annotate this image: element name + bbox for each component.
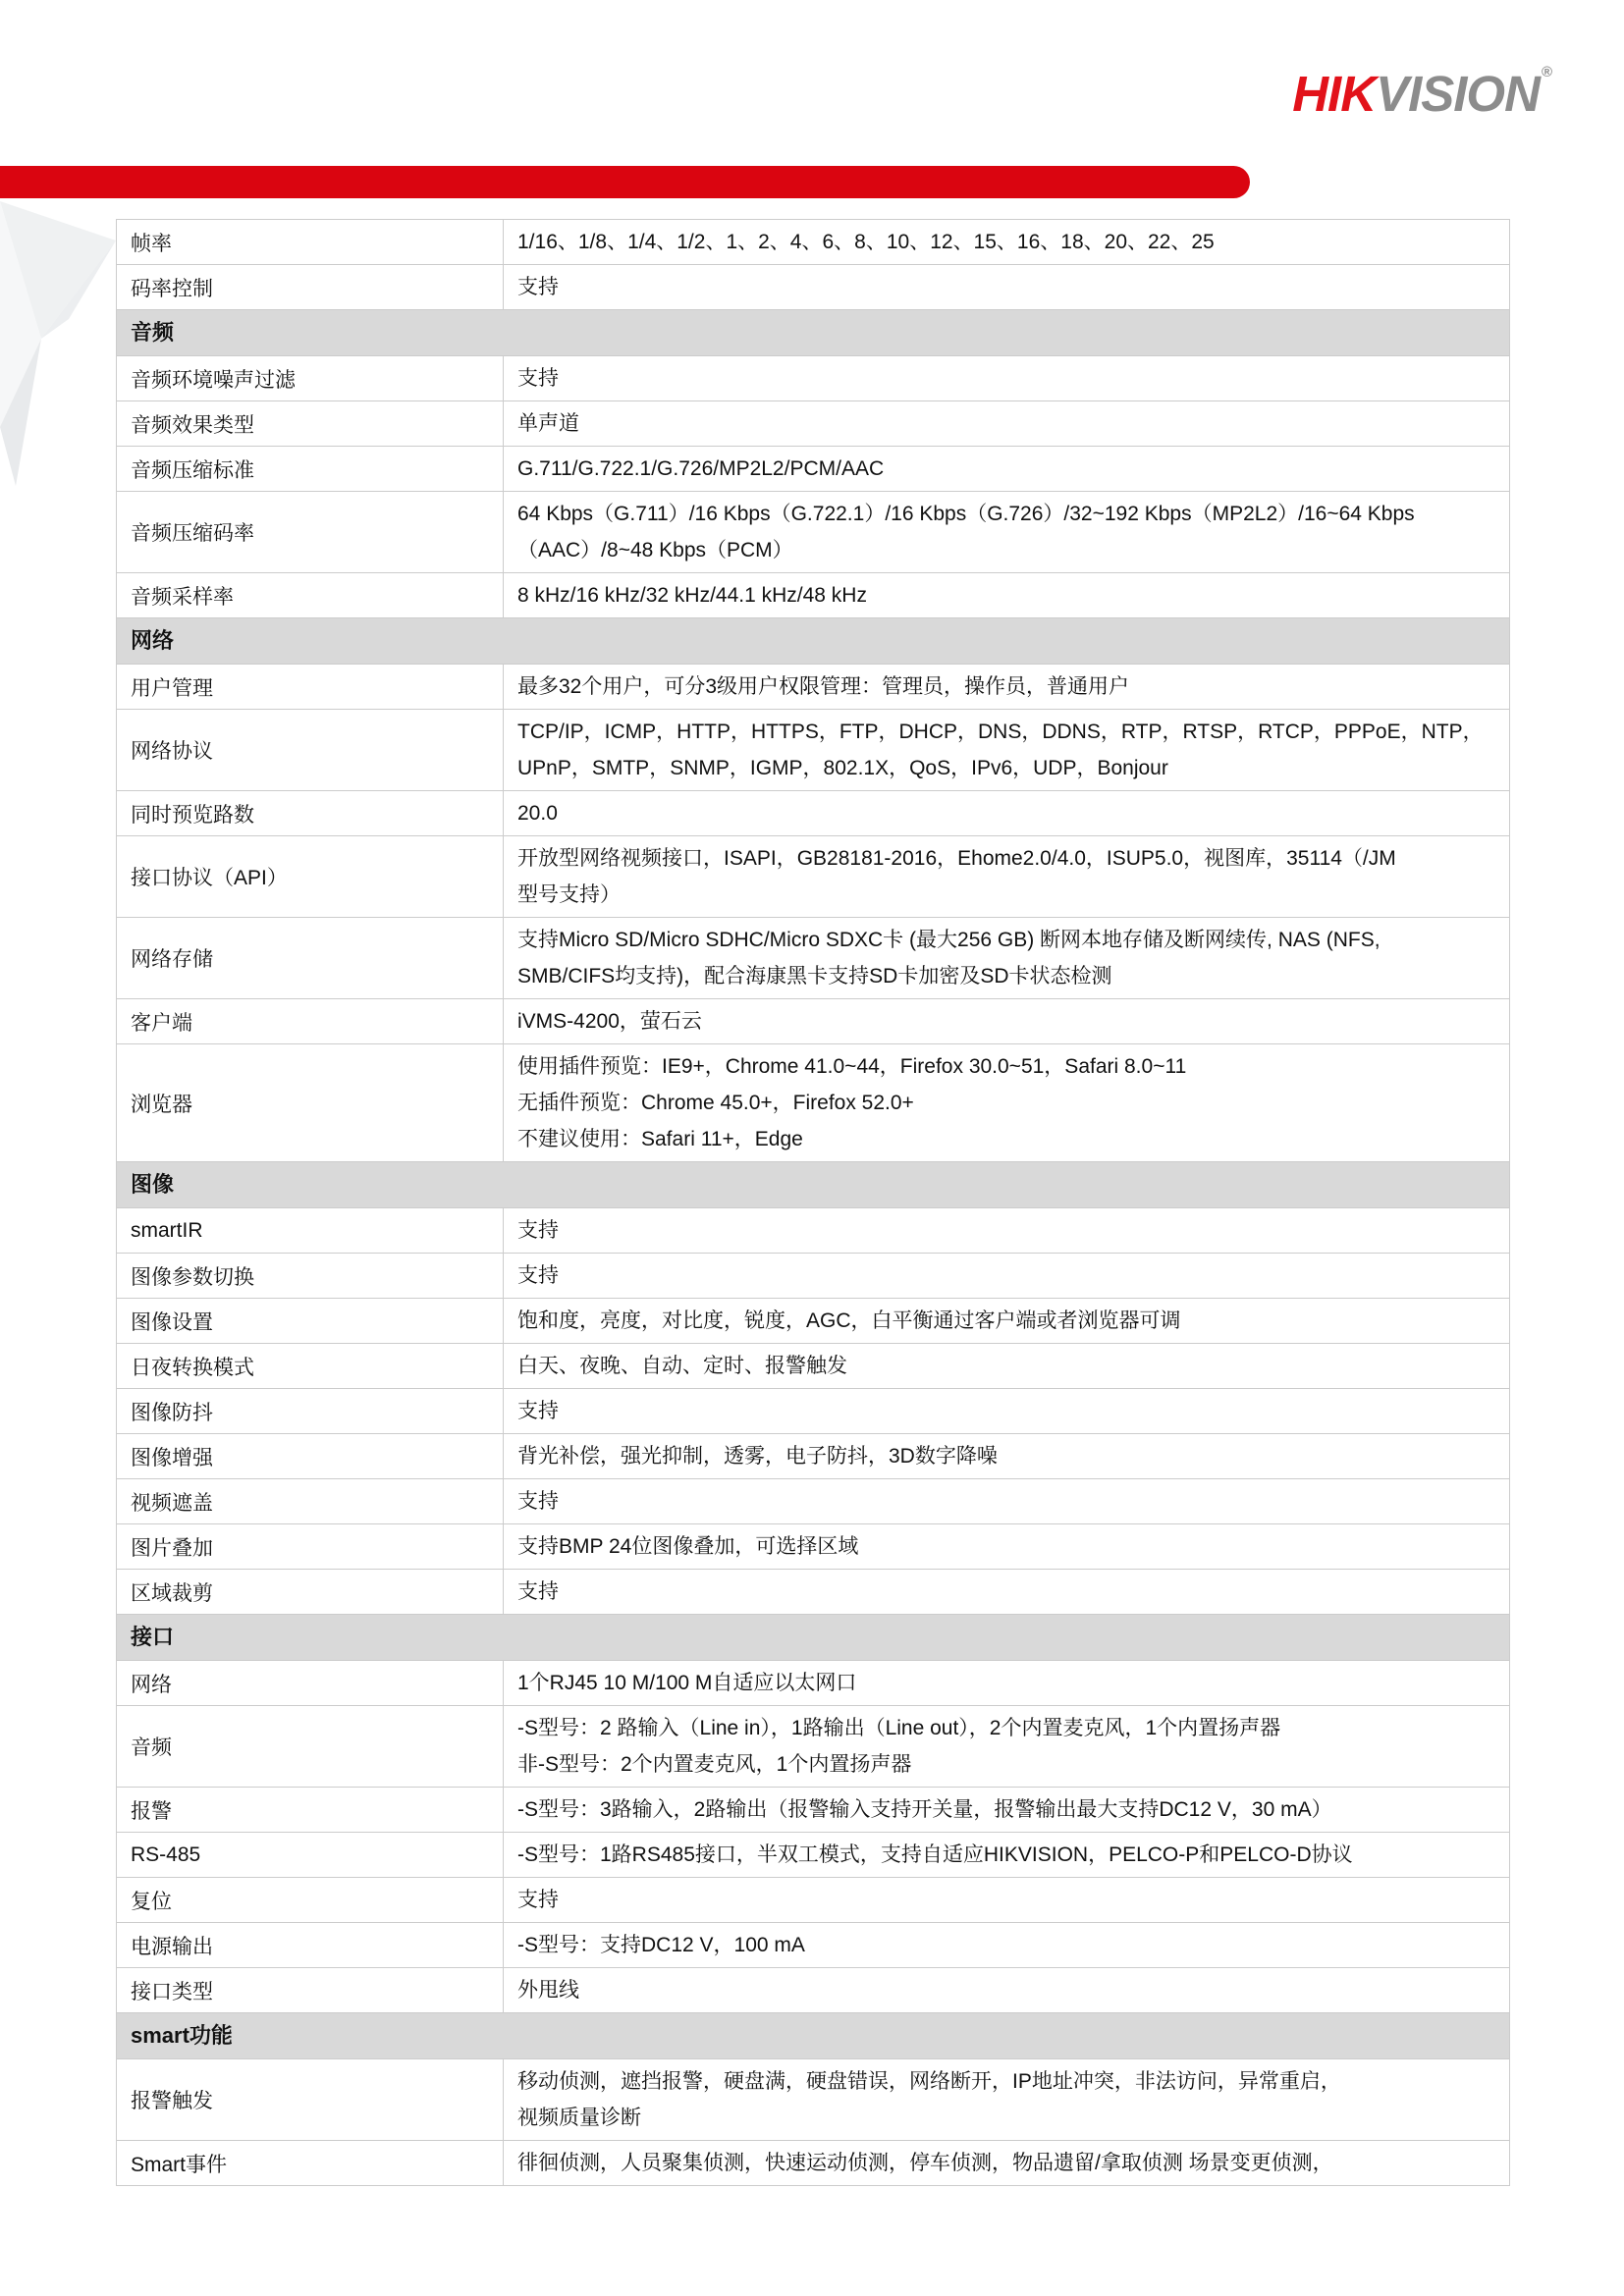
spec-value-line: -S型号：2 路输入（Line in），1路输出（Line out），2个内置麦… (517, 1710, 1495, 1746)
spec-value: 支持Micro SD/Micro SDHC/Micro SDXC卡 (最大256… (504, 918, 1509, 998)
spec-label: 报警 (117, 1788, 504, 1832)
spec-value: 20.0 (504, 791, 1509, 835)
spec-value: 1/16、1/8、1/4、1/2、1、2、4、6、8、10、12、15、16、1… (504, 220, 1509, 264)
spec-label: 图像设置 (117, 1299, 504, 1343)
section-header-row: 接口 (117, 1615, 1509, 1661)
logo-vision-text: VISION (1376, 66, 1540, 122)
spec-value: 支持 (504, 1570, 1509, 1614)
spec-value-line: 不建议使用：Safari 11+，Edge (517, 1121, 1495, 1157)
spec-value: -S型号：1路RS485接口，半双工模式，支持自适应HIKVISION，PELC… (504, 1833, 1509, 1877)
spec-value-line: 支持BMP 24位图像叠加，可选择区域 (517, 1528, 1495, 1565)
table-row: 音频环境噪声过滤支持 (117, 356, 1509, 401)
spec-label: smartIR (117, 1208, 504, 1253)
section-title: 接口 (131, 1625, 174, 1649)
registered-mark: ® (1542, 64, 1551, 80)
spec-value-line: TCP/IP，ICMP，HTTP，HTTPS，FTP，DHCP，DNS，DDNS… (517, 714, 1495, 750)
spec-value-line: 使用插件预览：IE9+，Chrome 41.0~44，Firefox 30.0~… (517, 1048, 1495, 1085)
spec-label: 音频环境噪声过滤 (117, 356, 504, 400)
spec-label: 日夜转换模式 (117, 1344, 504, 1388)
table-row: RS-485-S型号：1路RS485接口，半双工模式，支持自适应HIKVISIO… (117, 1833, 1509, 1878)
spec-value: TCP/IP，ICMP，HTTP，HTTPS，FTP，DHCP，DNS，DDNS… (504, 710, 1509, 790)
spec-value-line: -S型号：1路RS485接口，半双工模式，支持自适应HIKVISION，PELC… (517, 1837, 1495, 1873)
section-title: smart功能 (131, 2023, 233, 2048)
spec-label: 接口类型 (117, 1968, 504, 2012)
spec-value-line: UPnP，SMTP，SNMP，IGMP，802.1X，QoS，IPv6，UDP，… (517, 750, 1495, 786)
spec-value: 外甩线 (504, 1968, 1509, 2012)
section-header-row: 图像 (117, 1162, 1509, 1208)
watermark-graphic (0, 196, 118, 491)
spec-value-line: 64 Kbps（G.711）/16 Kbps（G.722.1）/16 Kbps（… (517, 496, 1495, 532)
table-row: 码率控制支持 (117, 265, 1509, 310)
spec-label: 视频遮盖 (117, 1479, 504, 1523)
section-title: 音频 (131, 320, 174, 345)
spec-value-line: 支持 (517, 1882, 1495, 1918)
spec-value-line: 支持 (517, 360, 1495, 397)
spec-value-line: （AAC）/8~48 Kbps（PCM） (517, 532, 1495, 568)
spec-value: 支持 (504, 1208, 1509, 1253)
spec-value-line: SMB/CIFS均支持)，配合海康黑卡支持SD卡加密及SD卡状态检测 (517, 958, 1495, 994)
spec-value-line: 白天、夜晚、自动、定时、报警触发 (517, 1348, 1495, 1384)
table-row: 音频效果类型单声道 (117, 401, 1509, 447)
table-row: 接口协议（API）开放型网络视频接口，ISAPI，GB28181-2016，Eh… (117, 836, 1509, 918)
spec-label: 帧率 (117, 220, 504, 264)
spec-value-line: 徘徊侦测，人员聚集侦测，快速运动侦测，停车侦测，物品遗留/拿取侦测 场景变更侦测… (517, 2145, 1495, 2181)
section-title: 图像 (131, 1172, 174, 1197)
spec-value: 1个RJ45 10 M/100 M自适应以太网口 (504, 1661, 1509, 1705)
spec-value: 支持 (504, 356, 1509, 400)
table-row: 音频压缩标准G.711/G.722.1/G.726/MP2L2/PCM/AAC (117, 447, 1509, 492)
table-row: 图像增强背光补偿，强光抑制，透雾，电子防抖，3D数字降噪 (117, 1434, 1509, 1479)
spec-value: -S型号：2 路输入（Line in），1路输出（Line out），2个内置麦… (504, 1706, 1509, 1787)
spec-value: 支持 (504, 1389, 1509, 1433)
spec-value: 支持 (504, 1254, 1509, 1298)
spec-label: 客户端 (117, 999, 504, 1043)
spec-value: -S型号：支持DC12 V，100 mA (504, 1923, 1509, 1967)
logo-hik-text: HIK (1292, 66, 1376, 122)
spec-value: 单声道 (504, 401, 1509, 446)
spec-value: iVMS-4200，萤石云 (504, 999, 1509, 1043)
spec-label: 码率控制 (117, 265, 504, 309)
spec-value: 饱和度，亮度，对比度，锐度，AGC，白平衡通过客户端或者浏览器可调 (504, 1299, 1509, 1343)
hikvision-logo: HIKVISION® (1292, 69, 1549, 119)
table-row: 用户管理最多32个用户，可分3级用户权限管理：管理员，操作员，普通用户 (117, 665, 1509, 710)
table-row: 浏览器使用插件预览：IE9+，Chrome 41.0~44，Firefox 30… (117, 1044, 1509, 1162)
table-row: 接口类型外甩线 (117, 1968, 1509, 2013)
spec-label: 图像增强 (117, 1434, 504, 1478)
spec-table: 帧率1/16、1/8、1/4、1/2、1、2、4、6、8、10、12、15、16… (116, 219, 1510, 2186)
spec-label: 复位 (117, 1878, 504, 1922)
table-row: 区域裁剪支持 (117, 1570, 1509, 1615)
section-header-row: 网络 (117, 618, 1509, 665)
table-row: 音频采样率8 kHz/16 kHz/32 kHz/44.1 kHz/48 kHz (117, 573, 1509, 618)
table-row: 网络1个RJ45 10 M/100 M自适应以太网口 (117, 1661, 1509, 1706)
table-row: 音频-S型号：2 路输入（Line in），1路输出（Line out），2个内… (117, 1706, 1509, 1788)
spec-label: 音频压缩标准 (117, 447, 504, 491)
spec-value: 使用插件预览：IE9+，Chrome 41.0~44，Firefox 30.0~… (504, 1044, 1509, 1161)
spec-value-line: iVMS-4200，萤石云 (517, 1003, 1495, 1040)
table-row: 报警触发移动侦测，遮挡报警，硬盘满，硬盘错误，网络断开，IP地址冲突，非法访问，… (117, 2059, 1509, 2141)
spec-value-line: 支持 (517, 1257, 1495, 1294)
table-row: 视频遮盖支持 (117, 1479, 1509, 1524)
table-row: 音频压缩码率64 Kbps（G.711）/16 Kbps（G.722.1）/16… (117, 492, 1509, 573)
table-row: 图片叠加支持BMP 24位图像叠加，可选择区域 (117, 1524, 1509, 1570)
spec-label: 接口协议（API） (117, 836, 504, 917)
spec-value: 支持 (504, 1479, 1509, 1523)
spec-label: 音频 (117, 1706, 504, 1787)
spec-label: 音频采样率 (117, 573, 504, 617)
spec-label: 网络存储 (117, 918, 504, 998)
spec-value-line: 开放型网络视频接口，ISAPI，GB28181-2016，Ehome2.0/4.… (517, 840, 1495, 877)
table-row: 复位支持 (117, 1878, 1509, 1923)
spec-value-line: 背光补偿，强光抑制，透雾，电子防抖，3D数字降噪 (517, 1438, 1495, 1474)
spec-label: RS-485 (117, 1833, 504, 1877)
spec-value-line: 支持 (517, 1212, 1495, 1249)
spec-value-line: G.711/G.722.1/G.726/MP2L2/PCM/AAC (517, 451, 1495, 487)
spec-value-line: 支持 (517, 1483, 1495, 1520)
spec-value-line: 1个RJ45 10 M/100 M自适应以太网口 (517, 1665, 1495, 1701)
section-header-row: smart功能 (117, 2013, 1509, 2059)
spec-value-line: 单声道 (517, 405, 1495, 442)
red-accent-bar (0, 166, 1250, 198)
spec-value-line: 无插件预览：Chrome 45.0+，Firefox 52.0+ (517, 1085, 1495, 1121)
spec-value-line: 1/16、1/8、1/4、1/2、1、2、4、6、8、10、12、15、16、1… (517, 224, 1495, 260)
spec-value-line: 型号支持） (517, 877, 1495, 913)
section-title: 网络 (131, 628, 174, 653)
spec-label: 图像参数切换 (117, 1254, 504, 1298)
spec-value: 最多32个用户，可分3级用户权限管理：管理员，操作员，普通用户 (504, 665, 1509, 709)
table-row: smartIR支持 (117, 1208, 1509, 1254)
spec-value-line: 支持 (517, 269, 1495, 305)
spec-label: 报警触发 (117, 2059, 504, 2140)
spec-value: 移动侦测，遮挡报警，硬盘满，硬盘错误，网络断开，IP地址冲突，非法访问，异常重启… (504, 2059, 1509, 2140)
spec-value: 徘徊侦测，人员聚集侦测，快速运动侦测，停车侦测，物品遗留/拿取侦测 场景变更侦测… (504, 2141, 1509, 2185)
spec-value: G.711/G.722.1/G.726/MP2L2/PCM/AAC (504, 447, 1509, 491)
spec-label: 用户管理 (117, 665, 504, 709)
table-row: 帧率1/16、1/8、1/4、1/2、1、2、4、6、8、10、12、15、16… (117, 220, 1509, 265)
spec-value: 支持BMP 24位图像叠加，可选择区域 (504, 1524, 1509, 1569)
spec-label: 图片叠加 (117, 1524, 504, 1569)
spec-label: Smart事件 (117, 2141, 504, 2185)
table-row: 同时预览路数20.0 (117, 791, 1509, 836)
spec-value: 白天、夜晚、自动、定时、报警触发 (504, 1344, 1509, 1388)
spec-label: 网络 (117, 1661, 504, 1705)
table-row: 网络存储支持Micro SD/Micro SDHC/Micro SDXC卡 (最… (117, 918, 1509, 999)
table-row: Smart事件徘徊侦测，人员聚集侦测，快速运动侦测，停车侦测，物品遗留/拿取侦测… (117, 2141, 1509, 2186)
section-header-row: 音频 (117, 310, 1509, 356)
spec-value: 8 kHz/16 kHz/32 kHz/44.1 kHz/48 kHz (504, 573, 1509, 617)
spec-value: 背光补偿，强光抑制，透雾，电子防抖，3D数字降噪 (504, 1434, 1509, 1478)
table-row: 日夜转换模式白天、夜晚、自动、定时、报警触发 (117, 1344, 1509, 1389)
spec-label: 同时预览路数 (117, 791, 504, 835)
table-row: 网络协议TCP/IP，ICMP，HTTP，HTTPS，FTP，DHCP，DNS，… (117, 710, 1509, 791)
table-row: 报警-S型号：3路输入，2路输出（报警输入支持开关量，报警输出最大支持DC12 … (117, 1788, 1509, 1833)
spec-value: 支持 (504, 1878, 1509, 1922)
spec-value-line: 8 kHz/16 kHz/32 kHz/44.1 kHz/48 kHz (517, 577, 1495, 614)
spec-value-line: -S型号：3路输入，2路输出（报警输入支持开关量，报警输出最大支持DC12 V，… (517, 1791, 1495, 1828)
spec-value-line: 移动侦测，遮挡报警，硬盘满，硬盘错误，网络断开，IP地址冲突，非法访问，异常重启… (517, 2063, 1495, 2100)
spec-value-line: 支持 (517, 1574, 1495, 1610)
spec-label: 音频压缩码率 (117, 492, 504, 572)
spec-label: 网络协议 (117, 710, 504, 790)
spec-value-line: 支持Micro SD/Micro SDHC/Micro SDXC卡 (最大256… (517, 922, 1495, 958)
spec-value-line: 20.0 (517, 795, 1495, 831)
spec-value: -S型号：3路输入，2路输出（报警输入支持开关量，报警输出最大支持DC12 V，… (504, 1788, 1509, 1832)
spec-label: 电源输出 (117, 1923, 504, 1967)
spec-value-line: 视频质量诊断 (517, 2100, 1495, 2136)
spec-value: 开放型网络视频接口，ISAPI，GB28181-2016，Ehome2.0/4.… (504, 836, 1509, 917)
table-row: 图像防抖支持 (117, 1389, 1509, 1434)
spec-label: 浏览器 (117, 1044, 504, 1161)
table-row: 电源输出-S型号：支持DC12 V，100 mA (117, 1923, 1509, 1968)
spec-value-line: 饱和度，亮度，对比度，锐度，AGC，白平衡通过客户端或者浏览器可调 (517, 1303, 1495, 1339)
spec-value-line: 支持 (517, 1393, 1495, 1429)
table-row: 客户端iVMS-4200，萤石云 (117, 999, 1509, 1044)
spec-label: 音频效果类型 (117, 401, 504, 446)
spec-value: 64 Kbps（G.711）/16 Kbps（G.722.1）/16 Kbps（… (504, 492, 1509, 572)
table-row: 图像设置饱和度，亮度，对比度，锐度，AGC，白平衡通过客户端或者浏览器可调 (117, 1299, 1509, 1344)
spec-value: 支持 (504, 265, 1509, 309)
spec-value-line: 外甩线 (517, 1972, 1495, 2008)
spec-value-line: 最多32个用户，可分3级用户权限管理：管理员，操作员，普通用户 (517, 668, 1495, 705)
spec-sheet-page: HIKVISION® 帧率1/16、1/8、1/4、1/2、1、2、4、6、8、… (0, 0, 1624, 2296)
spec-value-line: 非-S型号：2个内置麦克风，1个内置扬声器 (517, 1746, 1495, 1783)
spec-label: 区域裁剪 (117, 1570, 504, 1614)
spec-value-line: -S型号：支持DC12 V，100 mA (517, 1927, 1495, 1963)
table-row: 图像参数切换支持 (117, 1254, 1509, 1299)
spec-label: 图像防抖 (117, 1389, 504, 1433)
